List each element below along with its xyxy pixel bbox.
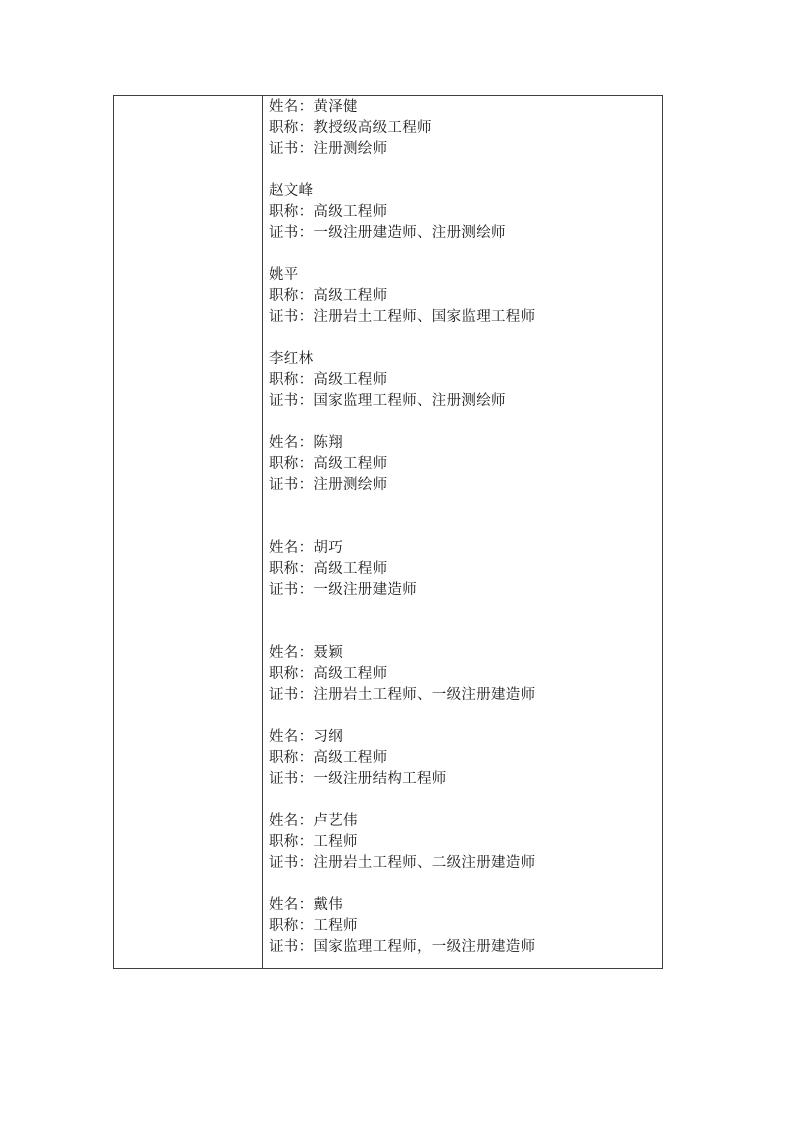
- personnel-block: 姓名：卢艺伟 职称：工程师 证书：注册岩土工程师、二级注册建造师: [269, 811, 656, 895]
- personnel-table: 姓名：黄泽健 职称：教授级高级工程师 证书：注册测绘师 赵文峰 职称：高级工程师…: [113, 95, 663, 969]
- personnel-name-line: 姓名：陈翔: [269, 433, 656, 454]
- blank-line: [269, 706, 656, 727]
- personnel-name-line: 姓名：卢艺伟: [269, 811, 656, 832]
- personnel-title-line: 职称：高级工程师: [269, 664, 656, 685]
- personnel-block: 姓名：戴伟 职称：工程师 证书：国家监理工程师，一级注册建造师: [269, 895, 656, 958]
- blank-line: [269, 412, 656, 433]
- personnel-name-line: 赵文峰: [269, 181, 656, 202]
- personnel-block: 李红林 职称：高级工程师 证书：国家监理工程师、注册测绘师: [269, 349, 656, 433]
- blank-line: [269, 874, 656, 895]
- personnel-cert-line: 证书：注册测绘师: [269, 139, 656, 160]
- table-left-cell: [114, 96, 263, 968]
- personnel-title-line: 职称：高级工程师: [269, 202, 656, 223]
- personnel-title-line: 职称：高级工程师: [269, 748, 656, 769]
- personnel-title-line: 职称：工程师: [269, 832, 656, 853]
- personnel-cert-line: 证书：注册岩土工程师、国家监理工程师: [269, 307, 656, 328]
- personnel-name-line: 姓名：戴伟: [269, 895, 656, 916]
- personnel-block: 姓名：习纲 职称：高级工程师 证书：一级注册结构工程师: [269, 727, 656, 811]
- blank-line: [269, 496, 656, 517]
- personnel-title-line: 职称：高级工程师: [269, 370, 656, 391]
- personnel-cert-line: 证书：注册岩土工程师、二级注册建造师: [269, 853, 656, 874]
- personnel-name-line: 姓名：聂颖: [269, 643, 656, 664]
- blank-line: [269, 601, 656, 622]
- personnel-name-line: 姓名：习纲: [269, 727, 656, 748]
- personnel-cert-line: 证书：国家监理工程师、注册测绘师: [269, 391, 656, 412]
- personnel-block: 姓名：陈翔 职称：高级工程师 证书：注册测绘师: [269, 433, 656, 538]
- personnel-block: 姓名：胡巧 职称：高级工程师 证书：一级注册建造师: [269, 538, 656, 643]
- document-page: 姓名：黄泽健 职称：教授级高级工程师 证书：注册测绘师 赵文峰 职称：高级工程师…: [0, 0, 793, 1122]
- personnel-name-line: 姓名：胡巧: [269, 538, 656, 559]
- personnel-cert-line: 证书：一级注册建造师、注册测绘师: [269, 223, 656, 244]
- personnel-block: 赵文峰 职称：高级工程师 证书：一级注册建造师、注册测绘师: [269, 181, 656, 265]
- personnel-title-line: 职称：高级工程师: [269, 454, 656, 475]
- personnel-title-line: 职称：高级工程师: [269, 286, 656, 307]
- personnel-block: 姓名：黄泽健 职称：教授级高级工程师 证书：注册测绘师: [269, 97, 656, 181]
- personnel-title-line: 职称：工程师: [269, 916, 656, 937]
- personnel-cert-line: 证书：注册测绘师: [269, 475, 656, 496]
- blank-line: [269, 244, 656, 265]
- personnel-cert-line: 证书：一级注册结构工程师: [269, 769, 656, 790]
- personnel-block: 姓名：聂颖 职称：高级工程师 证书：注册岩土工程师、一级注册建造师: [269, 643, 656, 727]
- blank-line: [269, 328, 656, 349]
- table-right-cell: 姓名：黄泽健 职称：教授级高级工程师 证书：注册测绘师 赵文峰 职称：高级工程师…: [263, 96, 662, 968]
- personnel-title-line: 职称：高级工程师: [269, 559, 656, 580]
- blank-line: [269, 160, 656, 181]
- blank-line: [269, 622, 656, 643]
- personnel-title-line: 职称：教授级高级工程师: [269, 118, 656, 139]
- personnel-cert-line: 证书：国家监理工程师，一级注册建造师: [269, 937, 656, 958]
- personnel-cert-line: 证书：注册岩土工程师、一级注册建造师: [269, 685, 656, 706]
- blank-line: [269, 790, 656, 811]
- personnel-name-line: 李红林: [269, 349, 656, 370]
- personnel-cert-line: 证书：一级注册建造师: [269, 580, 656, 601]
- personnel-block: 姚平 职称：高级工程师 证书：注册岩土工程师、国家监理工程师: [269, 265, 656, 349]
- blank-line: [269, 517, 656, 538]
- personnel-name-line: 姚平: [269, 265, 656, 286]
- personnel-name-line: 姓名：黄泽健: [269, 97, 656, 118]
